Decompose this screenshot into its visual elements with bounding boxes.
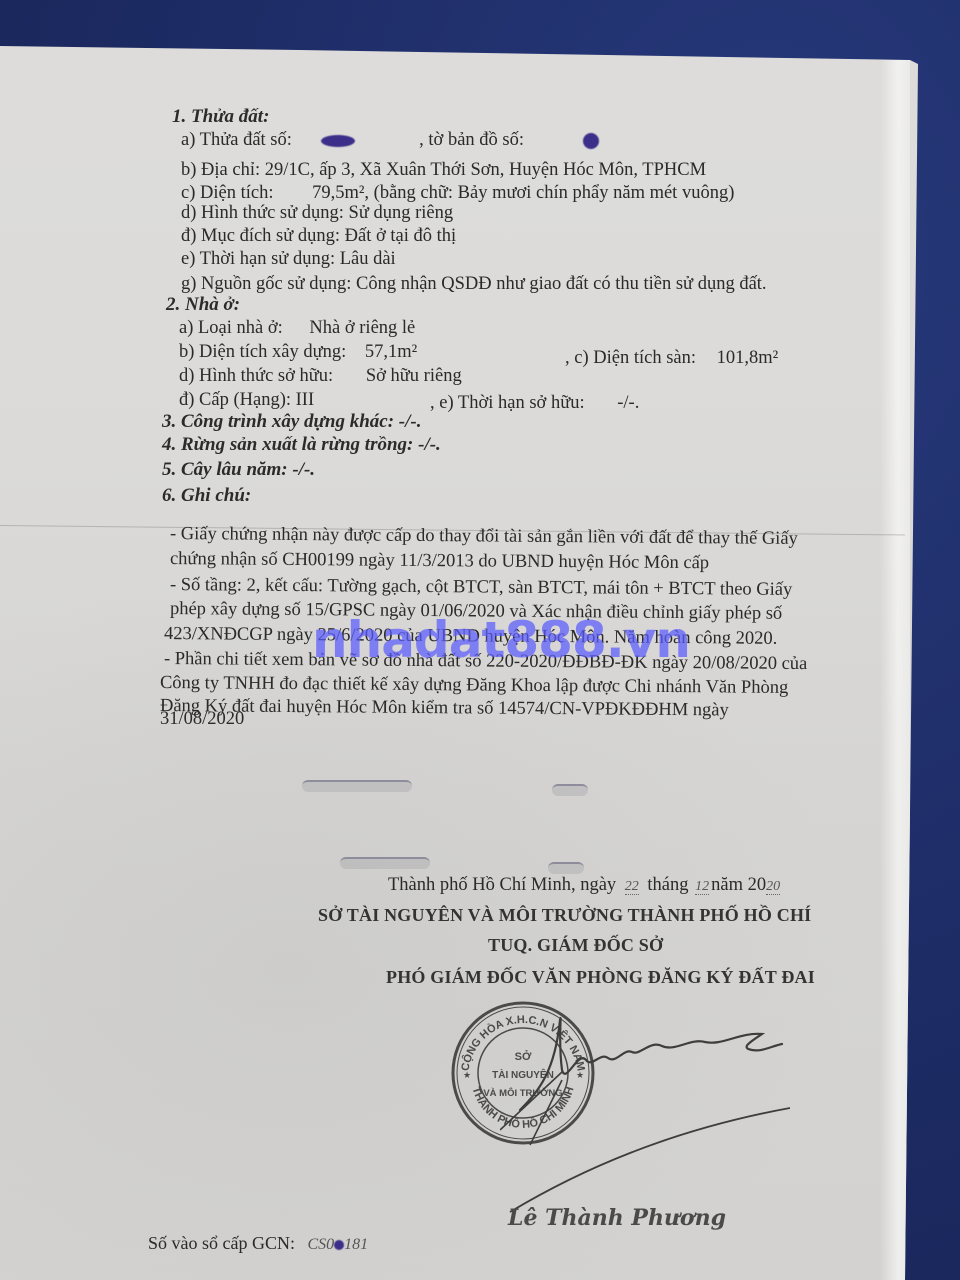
area-label: c) Diện tích: [181, 183, 273, 203]
redacted-parcel-number [321, 135, 355, 147]
date-day: 22 [625, 879, 639, 895]
erased-mark [552, 784, 588, 796]
paper-edge [880, 60, 910, 1280]
note-line: 31/08/2020 [160, 708, 244, 730]
erased-mark [548, 862, 584, 874]
house-type-row: a) Loại nhà ở: Nhà ở riêng lẻ [179, 317, 415, 339]
grade-label: đ) Cấp (Hạng): III [179, 389, 314, 411]
erased-mark [340, 857, 430, 869]
map-sheet-label: , tờ bản đồ số: [419, 130, 524, 150]
date-prefix: Thành phố Hồ Chí Minh, ngày [388, 875, 616, 895]
signer-role-1: TUQ. GIÁM ĐỐC SỞ [488, 934, 663, 956]
svg-text:★: ★ [463, 1070, 471, 1080]
floor-area-value: 101,8m² [717, 348, 779, 368]
gcn-row: Số vào sổ cấp GCN: CS0181 [148, 1232, 368, 1256]
ownership-term-row: , e) Thời hạn sở hữu: -/-. [430, 392, 639, 414]
ownership-term-label: , e) Thời hạn sở hữu: [430, 393, 585, 413]
house-type-value: Nhà ở riêng lẻ [309, 318, 415, 338]
signer-role-2: PHÓ GIÁM ĐỐC VĂN PHÒNG ĐĂNG KÝ ĐẤT ĐAI [386, 966, 815, 988]
building-area-row: b) Diện tích xây dựng: 57,1m² [179, 341, 417, 363]
signer-name: Lê Thành Phương [508, 1205, 726, 1231]
section2-title: 2. Nhà ở: [166, 294, 240, 316]
parcel-number-row: a) Thửa đất số: , tờ bản đồ số: [181, 129, 599, 151]
usage-purpose: đ) Mục đích sử dụng: Đất ở tại đô thị [181, 225, 456, 247]
date-line: Thành phố Hồ Chí Minh, ngày 22 tháng 12n… [388, 874, 780, 898]
gcn-value-prefix: CS0 [308, 1236, 335, 1253]
date-month: 12 [695, 879, 709, 895]
section5: 5. Cây lâu năm: -/-. [162, 459, 315, 481]
address: b) Địa chỉ: 29/1C, ấp 3, Xã Xuân Thới Sơ… [181, 159, 706, 181]
date-year: 20 [766, 879, 780, 895]
handwritten-signature [500, 1000, 790, 1220]
area-row: c) Diện tích: 79,5m², (bằng chữ: Bảy mươ… [181, 182, 734, 204]
section1-title: 1. Thửa đất: [172, 106, 269, 128]
parcel-number-label: a) Thửa đất số: [181, 130, 292, 150]
redacted-map-sheet [583, 133, 599, 149]
month-label: tháng [647, 875, 688, 895]
watermark: nhadat888.vn [312, 612, 690, 668]
erased-mark [302, 780, 412, 792]
ownership-value: Sở hữu riêng [366, 366, 462, 386]
redacted-gcn-digit [334, 1240, 344, 1250]
gcn-label: Số vào sổ cấp GCN: [148, 1233, 295, 1253]
house-type-label: a) Loại nhà ở: [179, 318, 283, 338]
ownership-label: d) Hình thức sở hữu: [179, 366, 333, 386]
issuer: SỞ TÀI NGUYÊN VÀ MÔI TRƯỜNG THÀNH PHỐ HỒ… [318, 904, 811, 926]
usage-term: e) Thời hạn sử dụng: Lâu dài [181, 248, 396, 270]
note-line: chứng nhận số CH00199 ngày 11/3/2013 do … [170, 548, 709, 574]
floor-area-label: , c) Diện tích sàn: [565, 348, 696, 368]
section4: 4. Rừng sản xuất là rừng trồng: -/-. [162, 434, 441, 456]
ownership-row: d) Hình thức sở hữu: Sở hữu riêng [179, 365, 462, 387]
section3: 3. Công trình xây dựng khác: -/-. [162, 411, 421, 433]
usage-form: d) Hình thức sử dụng: Sử dụng riêng [181, 202, 453, 224]
ownership-term-value: -/-. [617, 393, 639, 413]
usage-origin: g) Nguồn gốc sử dụng: Công nhận QSDĐ như… [181, 273, 767, 295]
floor-area-row: , c) Diện tích sàn: 101,8m² [565, 347, 778, 369]
building-area-label: b) Diện tích xây dựng: [179, 342, 346, 362]
year-label: năm 20 [711, 875, 766, 895]
note-line: Đăng Ký đất đai huyện Hóc Môn kiểm tra s… [160, 695, 729, 721]
building-area-value: 57,1m² [365, 342, 417, 362]
area-value: 79,5m², (bằng chữ: Bảy mươi chín phẩy nă… [312, 183, 734, 203]
section6-title: 6. Ghi chú: [162, 485, 251, 507]
gcn-value-suffix: 181 [344, 1236, 368, 1253]
